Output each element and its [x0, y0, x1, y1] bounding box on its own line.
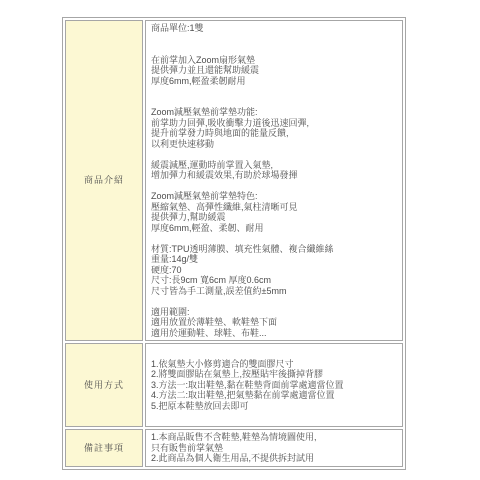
- table-row-notes: 備註事項 1.本商品販售不含鞋墊,鞋墊為情境圖使用, 只有販售前掌氣墊 2.此商…: [65, 429, 403, 467]
- row-content-usage: 1.依氣墊大小修剪適合的雙面膠尺寸 2.將雙面膠貼在氣墊上,按壓貼牢後撕掉背膠 …: [145, 343, 403, 427]
- table-row-product-intro: 商品介紹 商品單位:1雙 在前掌加入Zoom扇形氣墊 提供彈力並且還能幫助緩震 …: [65, 20, 403, 341]
- row-label-notes: 備註事項: [65, 429, 143, 467]
- row-label-product-intro: 商品介紹: [65, 20, 143, 341]
- product-description-section: 商品介紹 商品單位:1雙 在前掌加入Zoom扇形氣墊 提供彈力並且還能幫助緩震 …: [62, 17, 406, 470]
- table-row-usage: 使用方式 1.依氣墊大小修剪適合的雙面膠尺寸 2.將雙面膠貼在氣墊上,按壓貼牢後…: [65, 343, 403, 427]
- row-content-product-intro: 商品單位:1雙 在前掌加入Zoom扇形氣墊 提供彈力並且還能幫助緩震 厚度6mm…: [145, 20, 403, 341]
- row-label-usage: 使用方式: [65, 343, 143, 427]
- row-content-notes: 1.本商品販售不含鞋墊,鞋墊為情境圖使用, 只有販售前掌氣墊 2.此商品為個人衛…: [145, 429, 403, 467]
- product-description-table: 商品介紹 商品單位:1雙 在前掌加入Zoom扇形氣墊 提供彈力並且還能幫助緩震 …: [62, 17, 406, 470]
